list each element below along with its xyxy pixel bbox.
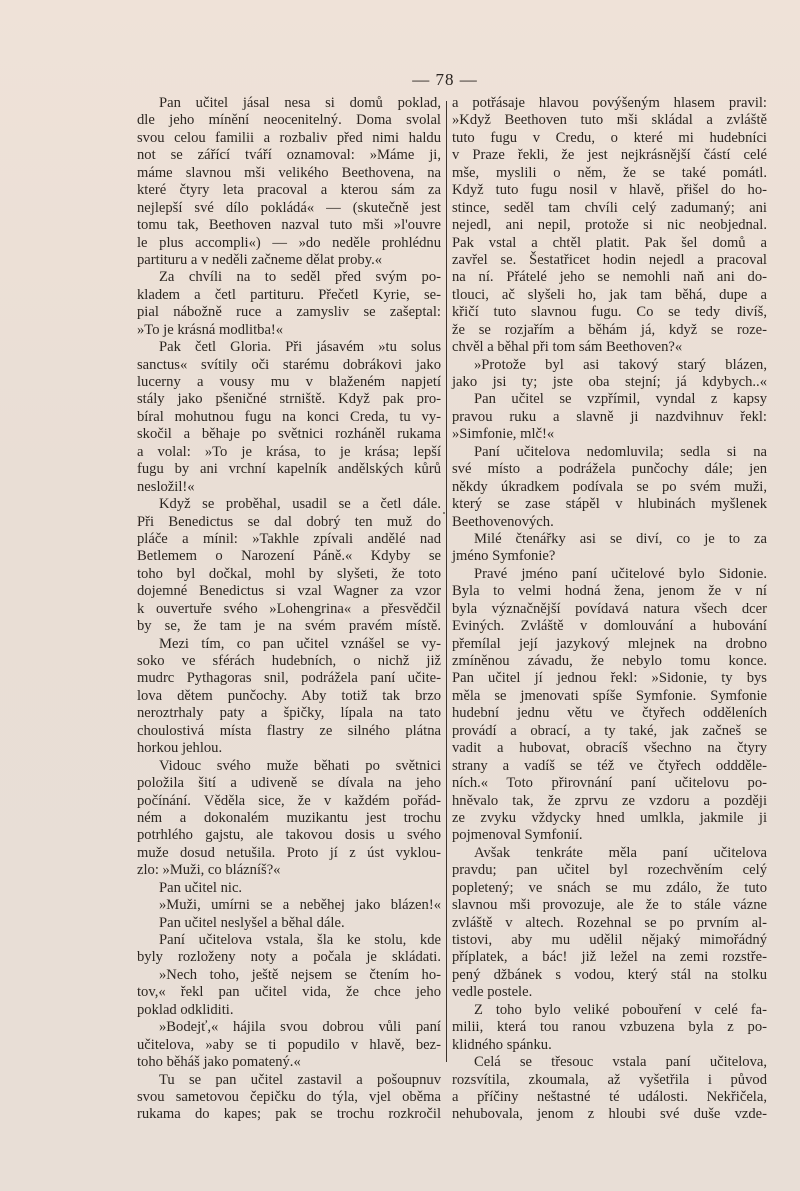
text-line: Avšak tenkráte měla paní učitelova [452, 845, 767, 862]
text-line: Když se proběhal, usadil se a četl dále. [137, 496, 441, 513]
text-line: počínání. Věděla sice, že v každém pořád… [137, 793, 441, 810]
text-line: provádí a obrací, a ty také, jak začneš … [452, 723, 767, 740]
text-line: Paní učitelova vstala, šla ke stolu, kde [137, 932, 441, 949]
text-line: nehubovala, jenom z hloubi své duše vzde… [452, 1106, 767, 1123]
text-line: by se, že tam je na svém pravém místě. [137, 618, 441, 635]
text-line: neroztrhaly paty a špičky, lípala na tat… [137, 705, 441, 722]
text-line: lucerny a vousy mu v blaženém napjetí [137, 374, 441, 391]
text-line: položila šití a udiveně se dívala na jeh… [137, 775, 441, 792]
text-line: Betlemem o Narození Páně.« Kdyby se [137, 548, 441, 565]
page-number: — 78 — [0, 70, 800, 90]
text-line: skočil a běhaje po světnici rozháněl ruk… [137, 426, 441, 443]
text-line: »To je krásná modlitba!« [137, 322, 441, 339]
text-line: vadit a hubovat, obracíš všechno na čtyr… [452, 740, 767, 757]
text-line: Pan učitel jí jednou řekl: »Sidonie, ty … [452, 670, 767, 687]
text-line: Pan učitel nic. [137, 880, 441, 897]
text-line: Mezi tím, co pan učitel vznášel se vy- [137, 636, 441, 653]
text-line: pravdu; pan učitel byl rozechvěním celý [452, 862, 767, 879]
text-line: Při Benedictus se dal dobrý ten muž do [137, 514, 441, 531]
text-line: chvěl a běhal při tom sám Beethoven?« [452, 339, 767, 356]
text-line: »Simfonie, mlč!« [452, 426, 767, 443]
text-line: příplatek, a bác! již ležel na zemi rozs… [452, 949, 767, 966]
text-line: jméno Symfonie? [452, 548, 767, 565]
text-line: svou sametovou čepičku do týla, vjel obě… [137, 1089, 441, 1106]
text-line: milii, která tou ranou vzbuzena byla z p… [452, 1019, 767, 1036]
text-line: horkou jehlou. [137, 740, 441, 757]
text-line: toho byl dočkal, mohl by slyšeti, že tot… [137, 566, 441, 583]
text-line: křičí tuto slavnou fugu. Co se tedy diví… [452, 304, 767, 321]
text-line: sanctus« svítily oči starému dobrákovi j… [137, 357, 441, 374]
text-line: Pan učitel neslyšel a běhal dále. [137, 915, 441, 932]
text-line: tlouci, ač slyšeli ho, jak tam běhá, dup… [452, 287, 767, 304]
text-line: měla se jmenovati spíše Symfonie. Symfon… [452, 688, 767, 705]
text-line: dojemné Benedictus si vzal Wagner za vzo… [137, 583, 441, 600]
text-line: Za chvíli na to seděl před svým po- [137, 269, 441, 286]
text-line: pravou ruku a slavně ji nazdvihnuv řekl: [452, 409, 767, 426]
text-line: jako jsi ty; jste oba stejní; já kdybych… [452, 374, 767, 391]
text-line: fugu by ani vrchní kapelník andělských k… [137, 461, 441, 478]
text-line: pláče a mínil: »Takhle zpívali andělé na… [137, 531, 441, 548]
text-line: muže dosud netušila. Proto jí z úst vykl… [137, 845, 441, 862]
text-line: a příčiny neštastné té události. Nekřiče… [452, 1089, 767, 1106]
text-line: zlo: »Muži, co blázníš?« [137, 862, 441, 879]
column-divider [446, 101, 447, 1062]
text-line: »Protože byl asi takový starý blázen, [452, 357, 767, 374]
text-line: ních.« Toto přirovnání paní učitelovu po… [452, 775, 767, 792]
text-line: bíral mohutnou fugu na konci Creda, tu v… [137, 409, 441, 426]
text-line: »Nech toho, ještě nejsem se čtením ho- [137, 967, 441, 984]
text-line: hněvalo tak, že zprvu ze vzdoru a pozděj… [452, 793, 767, 810]
text-line: byly rozloženy noty a počala je skládati… [137, 949, 441, 966]
text-line: Pak vstal a chtěl platit. Pak šel domů a [452, 235, 767, 252]
text-line: že se rozjařím a běhám já, když se roze- [452, 322, 767, 339]
text-line: svou celou familii a rozbaliv před nimi … [137, 130, 441, 147]
text-line: »Když Beethoven tuto mši skládal a zvláš… [452, 112, 767, 129]
text-line: ném a dokonalém muzikantu jest trochu [137, 810, 441, 827]
text-line: pojmenoval Symfonií. [452, 827, 767, 844]
text-line: le plus accompli«) — »do neděle prohlédn… [137, 235, 441, 252]
text-line: zmíněnou závadu, že nebylo tomu konce. [452, 653, 767, 670]
text-line: Paní učitelova nedomluvila; sedla si na [452, 444, 767, 461]
text-line: Milé čtenářky asi se diví, co je to za [452, 531, 767, 548]
text-line: dle jeho mínění neocenitelný. Doma svola… [137, 112, 441, 129]
text-line: stály jako pšeničné strniště. Když pak p… [137, 391, 441, 408]
text-line: Byla to velmi hodná žena, jenom že v ní [452, 583, 767, 600]
text-line: máme slavnou mši velikého Beethovena, na [137, 165, 441, 182]
margin-mark [443, 512, 445, 514]
text-line: choulostivá místa flastry ze silného plá… [137, 723, 441, 740]
text-line: pial nábožně ruce a zamysliv se zašeptal… [137, 304, 441, 321]
text-line: pený džbánek s vodou, který stál na stol… [452, 967, 767, 984]
text-line: popletený; ve snách se mu zdálo, že tuto [452, 880, 767, 897]
text-line: Beethovenových. [452, 514, 767, 531]
text-line: na ní. Přátelé jeho se nemohli naň ani d… [452, 269, 767, 286]
text-line: rozsvítila, zkoumala, až vyšetřila i pův… [452, 1072, 767, 1089]
text-line: nejlepší své dílo pokládá« — (skutečně j… [137, 200, 441, 217]
text-line: zavřel se. Šestatřicet hodin nejedl a pr… [452, 252, 767, 269]
text-line: tuto fugu v Credu, o které mi hudebníci [452, 130, 767, 147]
text-line: někdy úkradkem podívala se po svém muži, [452, 479, 767, 496]
text-line: not se zářící tváří oznamoval: »Máme ji, [137, 147, 441, 164]
text-line: potrhlého gajstu, ale takovou dosis u sv… [137, 827, 441, 844]
text-line: stince, seděl tam chvíli celý zadumaný; … [452, 200, 767, 217]
text-line: přemílal její jazykový mlejnek na drobno [452, 636, 767, 653]
text-line: mudrc Pythagoras snil, podrážela paní uč… [137, 670, 441, 687]
text-line: toho běháš jako pomatený.« [137, 1054, 441, 1071]
text-line: Z toho bylo veliké pobouření v celé fa- [452, 1002, 767, 1019]
text-line: Pak četl Gloria. Při jásavém »tu solus [137, 339, 441, 356]
text-line: slavnou mši provozuje, ale že to stále v… [452, 897, 767, 914]
text-line: klidného spánku. [452, 1037, 767, 1054]
text-line: poklad odkliditi. [137, 1002, 441, 1019]
text-line: tomu tak, Beethoven nazval tuto mši »l'o… [137, 217, 441, 234]
text-line: Pravé jméno paní učitelové bylo Sidonie. [452, 566, 767, 583]
right-column: a potřásaje hlavou povýšeným hlasem prav… [452, 95, 767, 1124]
text-line: Celá se třesouc vstala paní učitelova, [452, 1054, 767, 1071]
text-line: nejedl, ani nepil, protože si nic neobje… [452, 217, 767, 234]
text-line: nesložil!« [137, 479, 441, 496]
text-line: své místo a podrážela punčochy dále; jen [452, 461, 767, 478]
text-line: byla význačnější povídavá natura všech d… [452, 601, 767, 618]
text-line: lova dětem punčochy. Aby totiž tak brzo [137, 688, 441, 705]
text-line: Tu se pan učitel zastavil a pošoupnuv [137, 1072, 441, 1089]
text-line: rukama do kapes; pak se trochu rozkročil [137, 1106, 441, 1123]
text-line: učitelova, »aby se ti popudilo v hlavě, … [137, 1037, 441, 1054]
text-line: v Praze řekli, že jest nejkrásnější část… [452, 147, 767, 164]
text-line: Vidouc svého muže běhati po světnici [137, 758, 441, 775]
text-line: Eviných. Zvláště v domlouvání a hubování [452, 618, 767, 635]
text-line: Když tuto fugu nosil v hlavě, přišel do … [452, 182, 767, 199]
text-line: k ouvertuře svého »Lohengrina« a přesvěd… [137, 601, 441, 618]
text-line: a potřásaje hlavou povýšeným hlasem prav… [452, 95, 767, 112]
text-line: a volal: »To je krása, to je krása; lepš… [137, 444, 441, 461]
text-line: strany a vadíš se též ve čtyřech oddděle… [452, 758, 767, 775]
text-line: zvláště v altech. Rozehnal se po prvním … [452, 915, 767, 932]
text-line: tov,« řekl pan učitel vida, že chce jeho [137, 984, 441, 1001]
text-line: »Bodejť,« hájila svou dobrou vůli paní [137, 1019, 441, 1036]
text-line: kladem a četl partituru. Přečetl Kyrie, … [137, 287, 441, 304]
text-line: Pan učitel se vzpřímil, vyndal z kapsy [452, 391, 767, 408]
text-line: Pan učitel jásal nesa si domů poklad, [137, 95, 441, 112]
text-line: hudební jednu větu ve čtyřech odděleních [452, 705, 767, 722]
text-line: které čtyry leta pracoval a kterou sám z… [137, 182, 441, 199]
text-line: ze zvyku vždycky hned umlkla, jakmile ji [452, 810, 767, 827]
text-line: tistovi, aby mu udělil nějaký mimořádný [452, 932, 767, 949]
text-line: partituru a v neděli začneme dělat proby… [137, 252, 441, 269]
text-line: mše, myslili o něm, že se také pomátl. [452, 165, 767, 182]
text-line: soko ve sférách hudebních, o nichž již [137, 653, 441, 670]
text-line: který se zase stápěl v hlubinách myšlene… [452, 496, 767, 513]
text-line: »Muži, umírni se a neběhej jako blázen!« [137, 897, 441, 914]
left-column: Pan učitel jásal nesa si domů poklad,dle… [137, 95, 441, 1124]
text-line: vedle postele. [452, 984, 767, 1001]
